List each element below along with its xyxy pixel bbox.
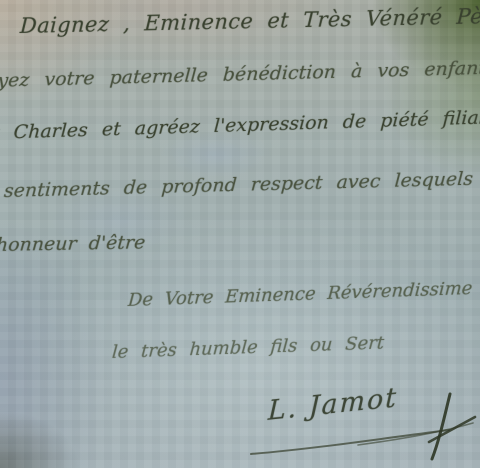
handwritten-line-salutation: Daignez , Eminence et Très Vénéré Père , [19, 3, 480, 38]
handwritten-line-5: honneur d'être [0, 231, 146, 256]
letter-photograph: Daignez , Eminence et Très Vénéré Père ,… [0, 0, 480, 468]
handwritten-line-4: sentiments de profond respect avec lesqu… [3, 167, 480, 202]
handwritten-line-2: oyez votre paternelle bénédiction à vos … [0, 56, 480, 92]
handwritten-line-3: t Charles et agréez l'expression de piét… [0, 105, 480, 144]
handwritten-line-closing-1: De Votre Eminence Révérendissime [127, 278, 473, 311]
handwritten-line-closing-2: le très humble fils ou Sert [111, 332, 384, 363]
